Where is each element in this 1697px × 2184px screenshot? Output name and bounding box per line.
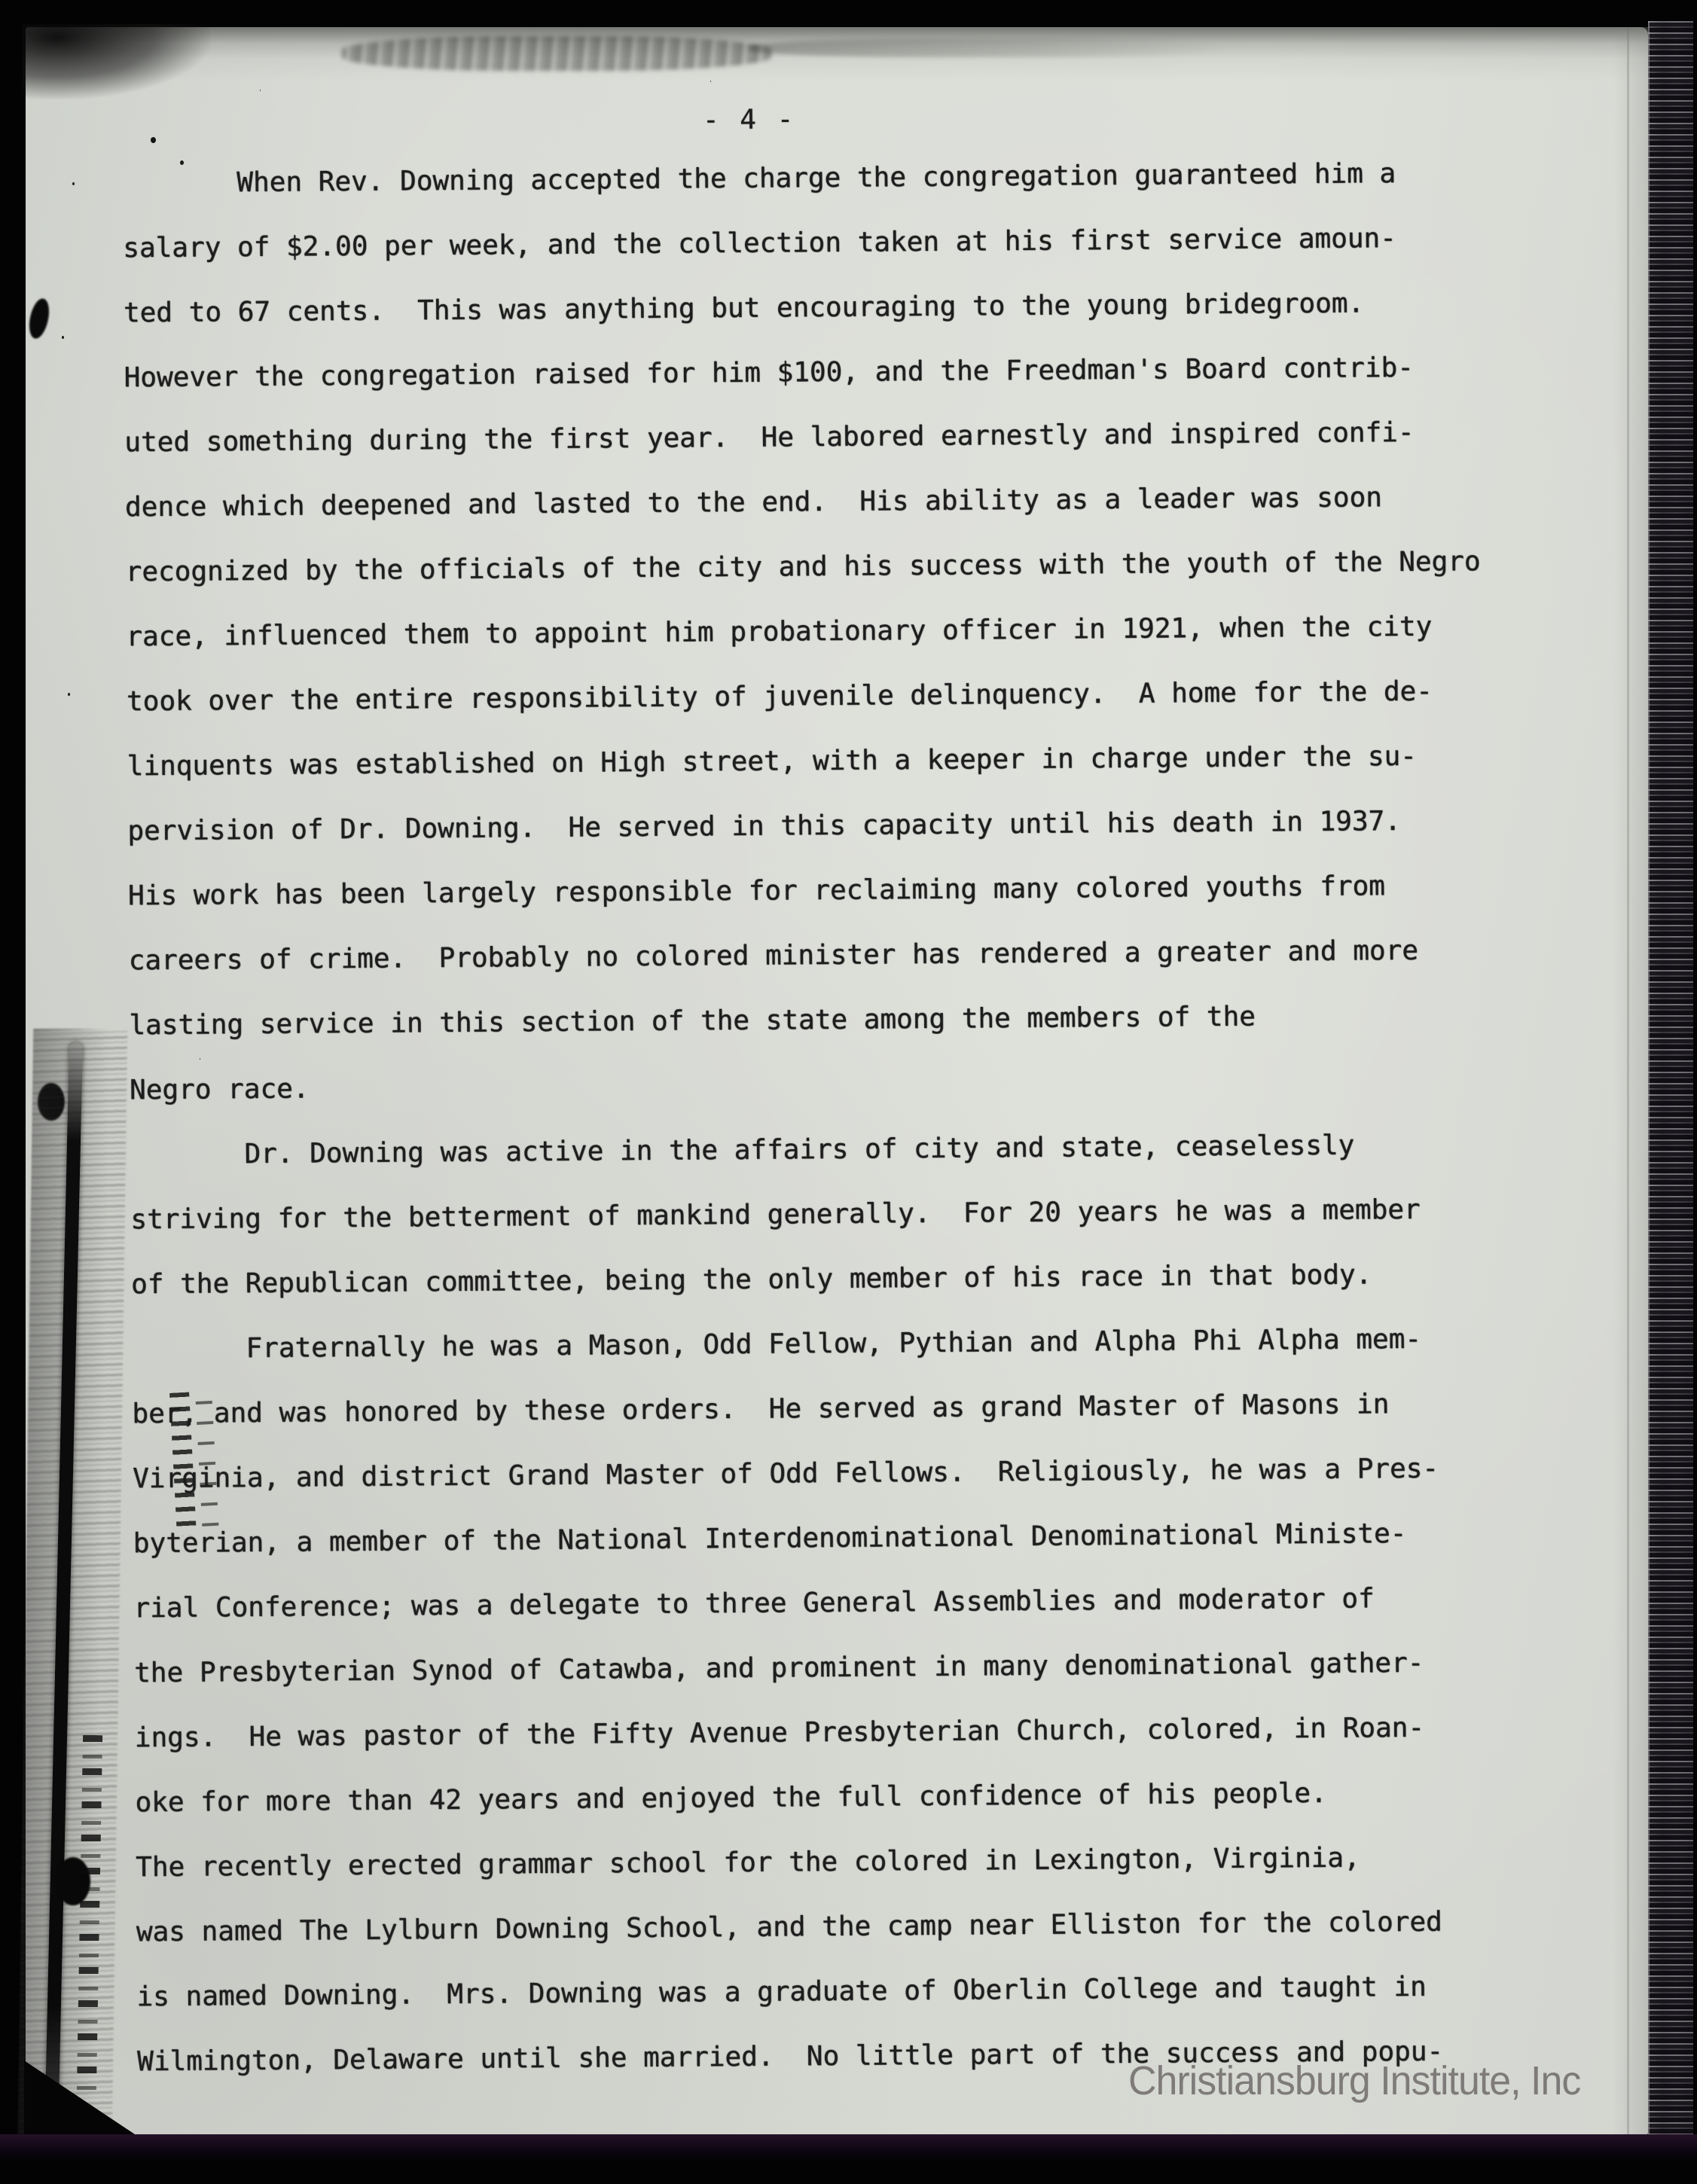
typewritten-text: - 4 - When Rev. Downing accepted the cha… bbox=[17, 16, 1656, 2136]
page-number: - 4 - bbox=[703, 104, 796, 136]
text-line: salary of $2.00 per week, and the collec… bbox=[123, 205, 1555, 281]
text-line: lasting service in this section of the s… bbox=[129, 982, 1561, 1058]
text-line: ber, and was honored by these orders. He… bbox=[132, 1371, 1564, 1447]
text-line: careers of crime. Probably no colored mi… bbox=[128, 917, 1560, 993]
text-line: Virginia, and district Grand Master of O… bbox=[133, 1435, 1564, 1511]
text-line: His work has been largely responsible fo… bbox=[128, 853, 1560, 929]
text-line: oke for more than 42 years and enjoyed t… bbox=[135, 1759, 1567, 1835]
text-line: of the Republican committee, being the o… bbox=[131, 1241, 1563, 1317]
document-page: - 4 - When Rev. Downing accepted the cha… bbox=[26, 27, 1648, 2134]
text-line: However the congregation raised for him … bbox=[124, 334, 1555, 410]
text-line: striving for the betterment of mankind g… bbox=[130, 1176, 1562, 1252]
watermark: Christiansburg Institute, Inc bbox=[1128, 2057, 1634, 2104]
text-line: Fraternally he was a Mason, Odd Fellow, … bbox=[131, 1306, 1563, 1382]
scan-artifact-film-edge bbox=[1648, 21, 1693, 2146]
text-line: ings. He was pastor of the Fifty Avenue … bbox=[135, 1694, 1567, 1771]
text-line: race, influenced them to appoint him pro… bbox=[126, 593, 1558, 670]
text-lines: When Rev. Downing accepted the charge th… bbox=[122, 140, 1568, 2094]
text-line: rial Conference; was a delegate to three… bbox=[133, 1565, 1565, 1641]
text-line: the Presbyterian Synod of Catawba, and p… bbox=[134, 1630, 1566, 1706]
text-line: took over the entire responsibility of j… bbox=[127, 658, 1558, 734]
text-line: ted to 67 cents. This was anything but e… bbox=[124, 270, 1555, 346]
text-line: recognized by the officials of the city … bbox=[125, 529, 1557, 605]
text-line: The recently erected grammar school for … bbox=[136, 1824, 1567, 1900]
text-line: linquents was established on High street… bbox=[127, 723, 1558, 799]
scanned-document-background: - 4 - When Rev. Downing accepted the cha… bbox=[0, 0, 1697, 2184]
text-line: pervision of Dr. Downing. He served in t… bbox=[127, 788, 1559, 864]
text-line: is named Downing. Mrs. Downing was a gra… bbox=[136, 1954, 1568, 2030]
scan-artifact-bottom-band bbox=[0, 2134, 1697, 2160]
text-line: Negro race. bbox=[130, 1047, 1561, 1123]
text-line: dence which deepened and lasted to the e… bbox=[125, 464, 1557, 540]
text-line: was named The Lylburn Downing School, an… bbox=[136, 1889, 1568, 1965]
text-line: uted something during the first year. He… bbox=[124, 399, 1556, 475]
text-line: byterian, a member of the National Inter… bbox=[133, 1500, 1564, 1576]
text-line: Dr. Downing was active in the affairs of… bbox=[130, 1112, 1561, 1188]
text-line: When Rev. Downing accepted the charge th… bbox=[122, 140, 1554, 216]
